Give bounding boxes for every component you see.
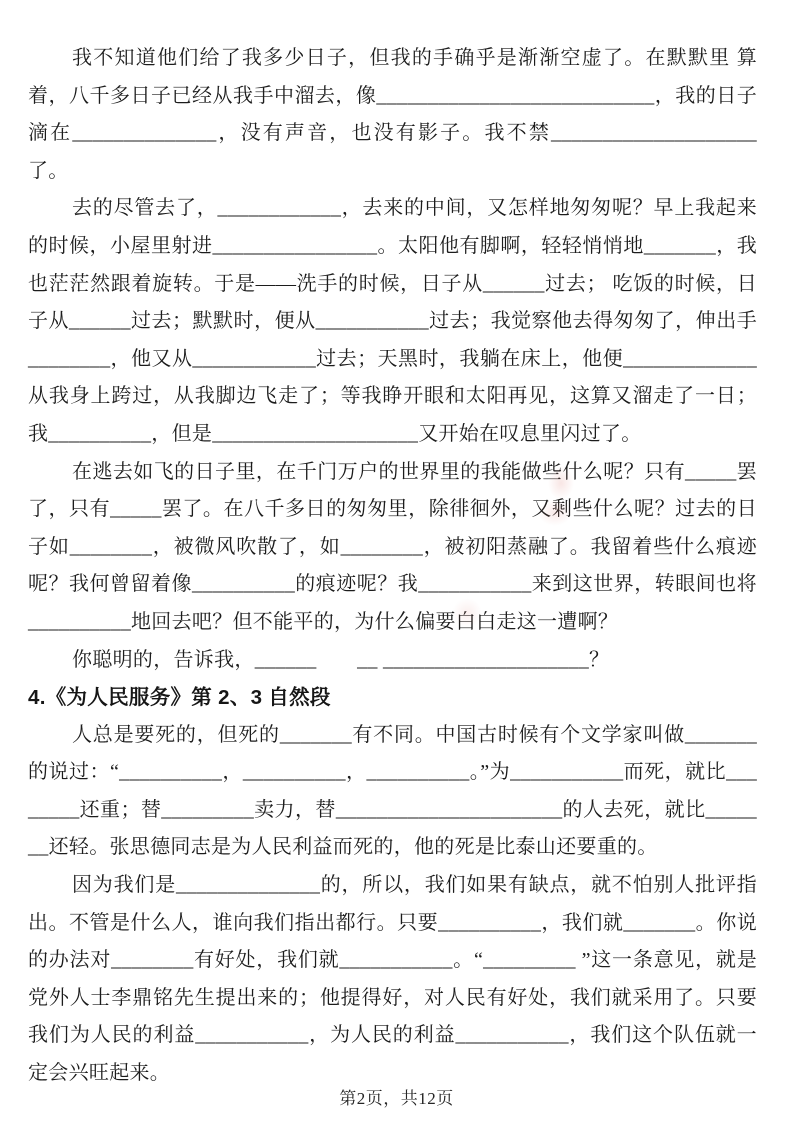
congcong-paragraph-1: 我不知道他们给了我多少日子，但我的手确乎是渐渐空虚了。在默默里 算着，八千多日子… (28, 40, 757, 190)
weirenminfuwu-paragraph-2: 因为我们是______________的，所以，我们如果有缺点，就不怕别人批评指… (28, 867, 757, 1093)
section-heading-wei-renmin-fuwu: 4.《为人民服务》第 2、3 自然段 (28, 679, 757, 717)
congcong-paragraph-3: 在逃去如飞的日子里，在千门万户的世界里的我能做些什么呢？只有_____罢了，只有… (28, 454, 757, 642)
weirenminfuwu-paragraph-1: 人总是要死的，但死的_______有不同。中国古时候有个文学家叫做_______… (28, 717, 757, 867)
congcong-paragraph-2: 去的尽管去了，____________，去来的中间，又怎样地匆匆呢？早上我起来的… (28, 190, 757, 453)
congcong-paragraph-question: 你聪明的，告诉我，______ __ ____________________？ (28, 642, 757, 680)
worksheet-page: 我不知道他们给了我多少日子，但我的手确乎是渐渐空虚了。在默默里 算着，八千多日子… (0, 0, 793, 1122)
page-number-indicator: 第2页，共12页 (0, 1084, 793, 1109)
